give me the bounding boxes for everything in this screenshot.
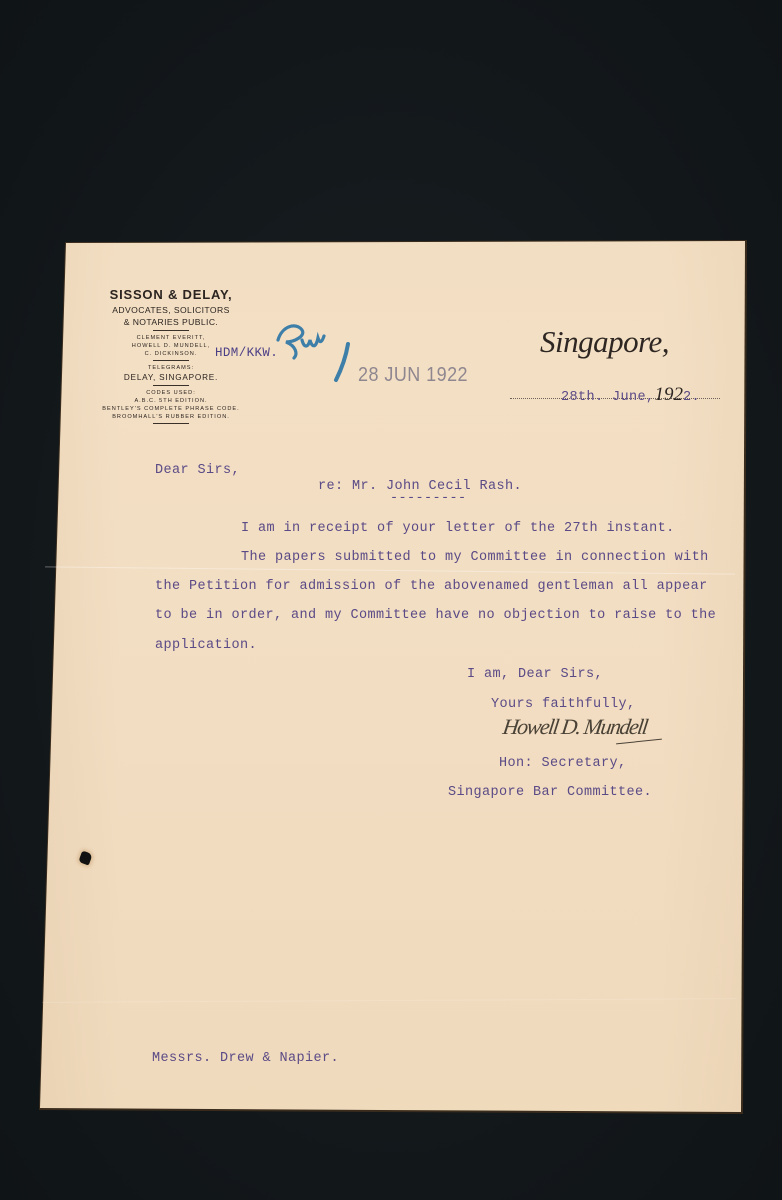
divider: [153, 385, 189, 386]
body-paragraph-1: I am in receipt of your letter of the 27…: [241, 521, 675, 536]
code-item: BROOMHALL'S RUBBER EDITION.: [82, 413, 260, 421]
salutation: Dear Sirs,: [155, 463, 240, 478]
partner-name: CLEMENT EVERITT,: [82, 334, 260, 342]
divider: [153, 423, 189, 424]
received-date-stamp: 28 JUN 1922: [358, 364, 468, 387]
letter-date: 28th. June,1922.: [561, 384, 700, 406]
date-year-typed: 2.: [683, 390, 700, 405]
divider: [153, 360, 189, 361]
closing-line: I am, Dear Sirs,: [467, 667, 603, 682]
code-item: A.B.C. 5TH EDITION.: [82, 397, 260, 405]
divider: [153, 330, 189, 331]
closing-line: Yours faithfully,: [491, 697, 636, 712]
reference-code: HDM/KKW.: [215, 346, 278, 360]
body-paragraph-2-line: application.: [155, 638, 257, 653]
subject-underline: ---------: [390, 491, 467, 506]
signatory-title: Hon: Secretary,: [499, 756, 627, 771]
date-day-month: 28th. June,: [561, 390, 655, 405]
code-item: BENTLEY'S COMPLETE PHRASE CODE.: [82, 405, 260, 413]
handwritten-initials-mark: [272, 318, 357, 388]
body-paragraph-2-line: to be in order, and my Committee have no…: [155, 608, 716, 623]
telegrams-label: TELEGRAMS:: [82, 364, 260, 372]
telegrams-address: DELAY, SINGAPORE.: [82, 372, 260, 383]
firm-name: SISSON & DELAY,: [82, 287, 260, 302]
signature: Howell D. Mundell: [501, 714, 648, 740]
body-paragraph-2-line: the Petition for admission of the aboven…: [155, 579, 708, 594]
signatory-organization: Singapore Bar Committee.: [448, 785, 652, 800]
body-paragraph-2-line: The papers submitted to my Committee in …: [241, 550, 709, 565]
addressee: Messrs. Drew & Napier.: [152, 1051, 339, 1066]
place-heading: Singapore,: [540, 324, 669, 360]
firm-description: & NOTARIES PUBLIC.: [82, 316, 260, 328]
firm-description: ADVOCATES, SOLICITORS: [82, 304, 260, 316]
date-year-printed: 192: [655, 384, 684, 405]
codes-label: CODES USED:: [82, 389, 260, 397]
